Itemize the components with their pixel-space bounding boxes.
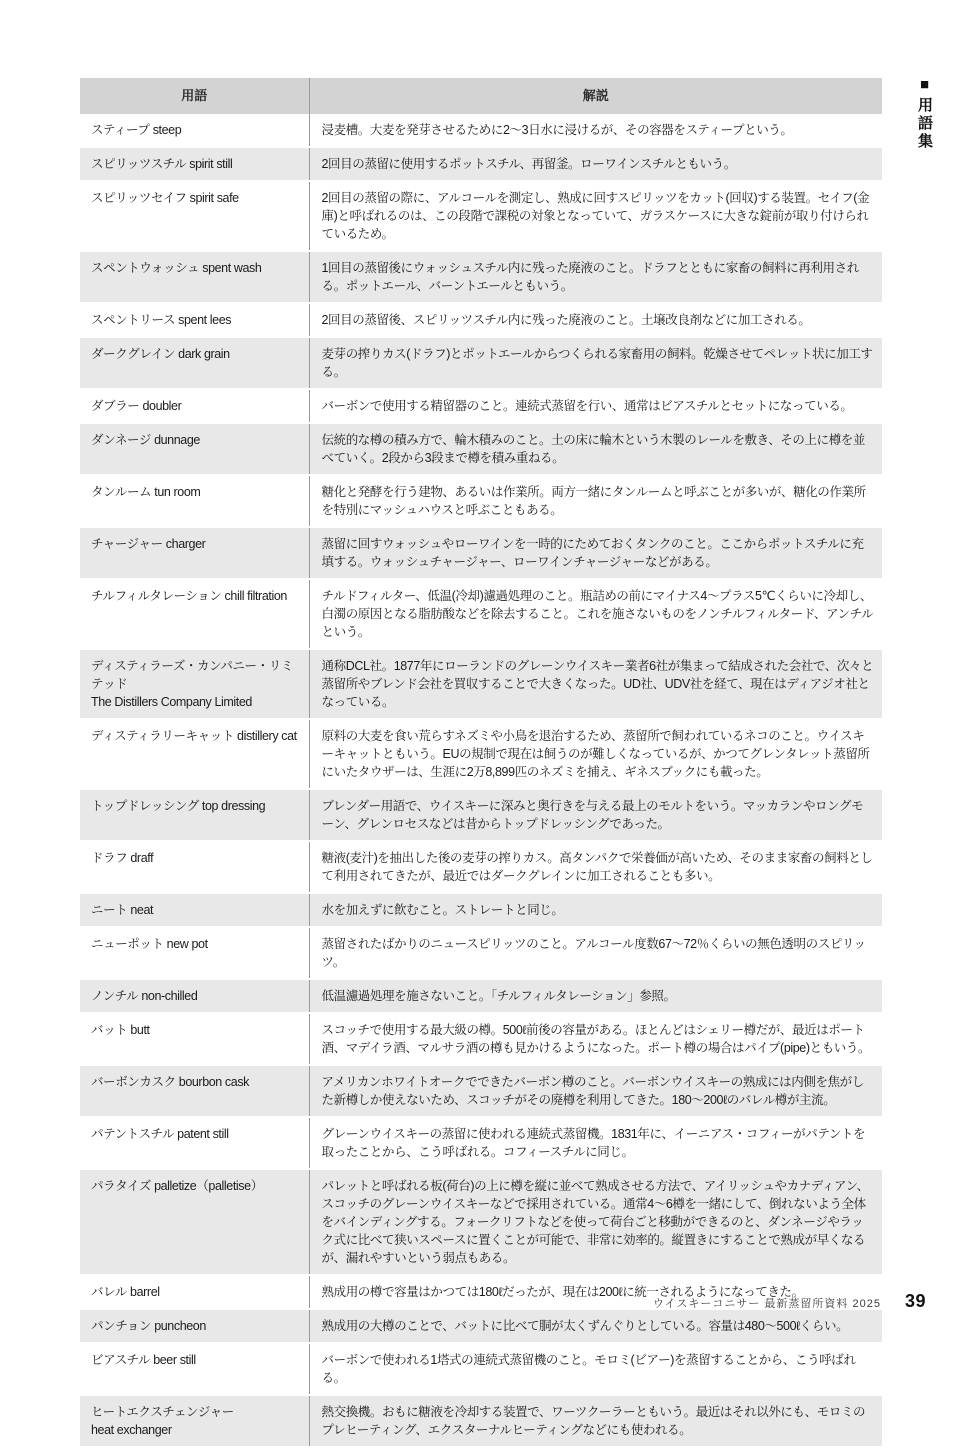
table-row: ディスティラーズ・カンパニー・リミテッド The Distillers Comp… <box>80 649 882 719</box>
description-cell: パレットと呼ばれる板(荷台)の上に樽を縦に並べて熟成させる方法で、アイリッシュや… <box>309 1169 882 1275</box>
description-cell: 熱交換機。おもに糖液を冷却する装置で、ワーツクーラーともいう。最近はそれ以外にも… <box>309 1395 882 1447</box>
side-tab-glossary: ■用語集 <box>917 76 932 151</box>
table-row: バット buttスコッチで使用する最大級の樽。500ℓ前後の容量がある。ほとんど… <box>80 1013 882 1065</box>
term-cell: ヒートエクスチェンジャー heat exchanger <box>80 1395 309 1447</box>
description-cell: 2回目の蒸留後、スピリッツスチル内に残った廃液のこと。土壌改良剤などに加工される… <box>309 303 882 337</box>
table-row: ビアスチル beer stillバーボンで使われる1塔式の連続式蒸留機のこと。モ… <box>80 1343 882 1395</box>
table-row: トップドレッシング top dressingブレンダー用語で、ウイスキーに深みと… <box>80 789 882 841</box>
table-row: タンルーム tun room糖化と発酵を行う建物、あるいは作業所。両方一緒にタン… <box>80 475 882 527</box>
term-cell: スピリッツスチル spirit still <box>80 147 309 181</box>
table-row: ディスティラリーキャット distillery cat原料の大麦を食い荒らすネズ… <box>80 719 882 789</box>
description-cell: 通称DCL社。1877年にローランドのグレーンウイスキー業者6社が集まって結成さ… <box>309 649 882 719</box>
description-cell: バーボンで使用する精留器のこと。連続式蒸留を行い、通常はビアスチルとセットになっ… <box>309 389 882 423</box>
document-page: 用語 解説 スティープ steep浸麦槽。大麦を発芽させるために2〜3日水に浸け… <box>0 0 962 1350</box>
glossary-table-header: 用語 解説 <box>80 78 882 114</box>
term-cell: トップドレッシング top dressing <box>80 789 309 841</box>
table-row: スピリッツセイフ spirit safe2回目の蒸留の際に、アルコールを測定し、… <box>80 181 882 251</box>
term-cell: スティープ steep <box>80 114 309 147</box>
term-cell: ダークグレイン dark grain <box>80 337 309 389</box>
term-cell: スペントウォッシュ spent wash <box>80 251 309 303</box>
description-cell: 原料の大麦を食い荒らすネズミや小鳥を退治するため、蒸留所で飼われているネコのこと… <box>309 719 882 789</box>
term-cell: チルフィルタレーション chill filtration <box>80 579 309 649</box>
table-row: パンチョン puncheon熟成用の大樽のことで、バットに比べて胴が太くずんぐり… <box>80 1309 882 1343</box>
footer-source-text: ウイスキーコニサー 最新蒸留所資料 2025 <box>653 1295 881 1311</box>
term-cell: ノンチル non-chilled <box>80 979 309 1013</box>
square-marker-icon: ■ <box>916 76 933 97</box>
description-cell: スコッチで使用する最大級の樽。500ℓ前後の容量がある。ほとんどはシェリー樽だが… <box>309 1013 882 1065</box>
description-cell: ブレンダー用語で、ウイスキーに深みと奥行きを与える最上のモルトをいう。マッカラン… <box>309 789 882 841</box>
table-row: パテントスチル patent stillグレーンウイスキーの蒸留に使われる連続式… <box>80 1117 882 1169</box>
description-cell: 糖化と発酵を行う建物、あるいは作業所。両方一緒にタンルームと呼ぶことが多いが、糖… <box>309 475 882 527</box>
term-cell: バット butt <box>80 1013 309 1065</box>
table-row: ダークグレイン dark grain麦芽の搾りカス(ドラフ)とポットエールからつ… <box>80 337 882 389</box>
term-cell: バーボンカスク bourbon cask <box>80 1065 309 1117</box>
description-cell: 2回目の蒸留の際に、アルコールを測定し、熟成に回すスピリッツをカット(回収)する… <box>309 181 882 251</box>
term-cell: ダブラー doubler <box>80 389 309 423</box>
page-number: 39 <box>905 1291 926 1312</box>
term-cell: パンチョン puncheon <box>80 1309 309 1343</box>
header-row: 用語 解説 <box>80 78 882 114</box>
description-cell: アメリカンホワイトオークでできたバーボン樽のこと。バーボンウイスキーの熟成には内… <box>309 1065 882 1117</box>
table-row: ノンチル non-chilled低温濾過処理を施さないこと。「チルフィルタレーシ… <box>80 979 882 1013</box>
table-row: スティープ steep浸麦槽。大麦を発芽させるために2〜3日水に浸けるが、その容… <box>80 114 882 147</box>
term-cell: スピリッツセイフ spirit safe <box>80 181 309 251</box>
description-cell: 1回目の蒸留後にウォッシュスチル内に残った廃液のこと。ドラフとともに家畜の飼料に… <box>309 251 882 303</box>
table-row: ドラフ draff糖液(麦汁)を抽出した後の麦芽の搾りカス。高タンパクで栄養価が… <box>80 841 882 893</box>
term-cell: ディスティラリーキャット distillery cat <box>80 719 309 789</box>
table-row: スピリッツスチル spirit still2回目の蒸留に使用するポットスチル、再… <box>80 147 882 181</box>
table-row: スペントリース spent lees2回目の蒸留後、スピリッツスチル内に残った廃… <box>80 303 882 337</box>
term-cell: ダンネージ dunnage <box>80 423 309 475</box>
term-cell: パテントスチル patent still <box>80 1117 309 1169</box>
description-cell: 2回目の蒸留に使用するポットスチル、再留釜。ローワインスチルともいう。 <box>309 147 882 181</box>
side-tab-label: 用語集 <box>916 97 933 151</box>
description-cell: 蒸留されたばかりのニュースピリッツのこと。アルコール度数67〜72％くらいの無色… <box>309 927 882 979</box>
description-cell: 蒸留に回すウォッシュやローワインを一時的にためておくタンクのこと。ここからポット… <box>309 527 882 579</box>
description-column-header: 解説 <box>309 78 882 114</box>
glossary-table: 用語 解説 スティープ steep浸麦槽。大麦を発芽させるために2〜3日水に浸け… <box>80 78 882 1448</box>
table-row: ダンネージ dunnage伝統的な樽の積み方で、輪木積みのこと。土の床に輪木とい… <box>80 423 882 475</box>
table-row: スペントウォッシュ spent wash1回目の蒸留後にウォッシュスチル内に残っ… <box>80 251 882 303</box>
description-cell: 麦芽の搾りカス(ドラフ)とポットエールからつくられる家畜用の飼料。乾燥させてペレ… <box>309 337 882 389</box>
term-cell: ニューポット new pot <box>80 927 309 979</box>
description-cell: 熟成用の大樽のことで、バットに比べて胴が太くずんぐりとしている。容量は480〜5… <box>309 1309 882 1343</box>
table-row: チャージャー charger蒸留に回すウォッシュやローワインを一時的にためておく… <box>80 527 882 579</box>
description-cell: 低温濾過処理を施さないこと。「チルフィルタレーション」参照。 <box>309 979 882 1013</box>
term-cell: ドラフ draff <box>80 841 309 893</box>
description-cell: 糖液(麦汁)を抽出した後の麦芽の搾りカス。高タンパクで栄養価が高いため、そのまま… <box>309 841 882 893</box>
term-cell: チャージャー charger <box>80 527 309 579</box>
description-cell: 水を加えずに飲むこと。ストレートと同じ。 <box>309 893 882 927</box>
description-cell: バーボンで使われる1塔式の連続式蒸留機のこと。モロミ(ビアー)を蒸留することから… <box>309 1343 882 1395</box>
term-cell: バレル barrel <box>80 1275 309 1309</box>
description-cell: グレーンウイスキーの蒸留に使われる連続式蒸留機。1831年に、イーニアス・コフィ… <box>309 1117 882 1169</box>
term-cell: スペントリース spent lees <box>80 303 309 337</box>
table-row: ニューポット new pot蒸留されたばかりのニュースピリッツのこと。アルコール… <box>80 927 882 979</box>
term-column-header: 用語 <box>80 78 309 114</box>
term-cell: ディスティラーズ・カンパニー・リミテッド The Distillers Comp… <box>80 649 309 719</box>
term-cell: パラタイズ palletize（palletise） <box>80 1169 309 1275</box>
page-footer: ウイスキーコニサー 最新蒸留所資料 2025 39 <box>653 1291 926 1312</box>
table-row: ヒートエクスチェンジャー heat exchanger熱交換機。おもに糖液を冷却… <box>80 1395 882 1447</box>
table-row: チルフィルタレーション chill filtrationチルドフィルター、低温(… <box>80 579 882 649</box>
term-cell: ビアスチル beer still <box>80 1343 309 1395</box>
term-cell: タンルーム tun room <box>80 475 309 527</box>
table-row: バーボンカスク bourbon caskアメリカンホワイトオークでできたバーボン… <box>80 1065 882 1117</box>
description-cell: 伝統的な樽の積み方で、輪木積みのこと。土の床に輪木という木製のレールを敷き、その… <box>309 423 882 475</box>
glossary-table-body: スティープ steep浸麦槽。大麦を発芽させるために2〜3日水に浸けるが、その容… <box>80 114 882 1447</box>
description-cell: チルドフィルター、低温(冷却)濾過処理のこと。瓶詰めの前にマイナス4〜プラス5℃… <box>309 579 882 649</box>
table-row: パラタイズ palletize（palletise）パレットと呼ばれる板(荷台)… <box>80 1169 882 1275</box>
table-row: ダブラー doublerバーボンで使用する精留器のこと。連続式蒸留を行い、通常は… <box>80 389 882 423</box>
table-row: ニート neat水を加えずに飲むこと。ストレートと同じ。 <box>80 893 882 927</box>
description-cell: 浸麦槽。大麦を発芽させるために2〜3日水に浸けるが、その容器をスティープという。 <box>309 114 882 147</box>
term-cell: ニート neat <box>80 893 309 927</box>
